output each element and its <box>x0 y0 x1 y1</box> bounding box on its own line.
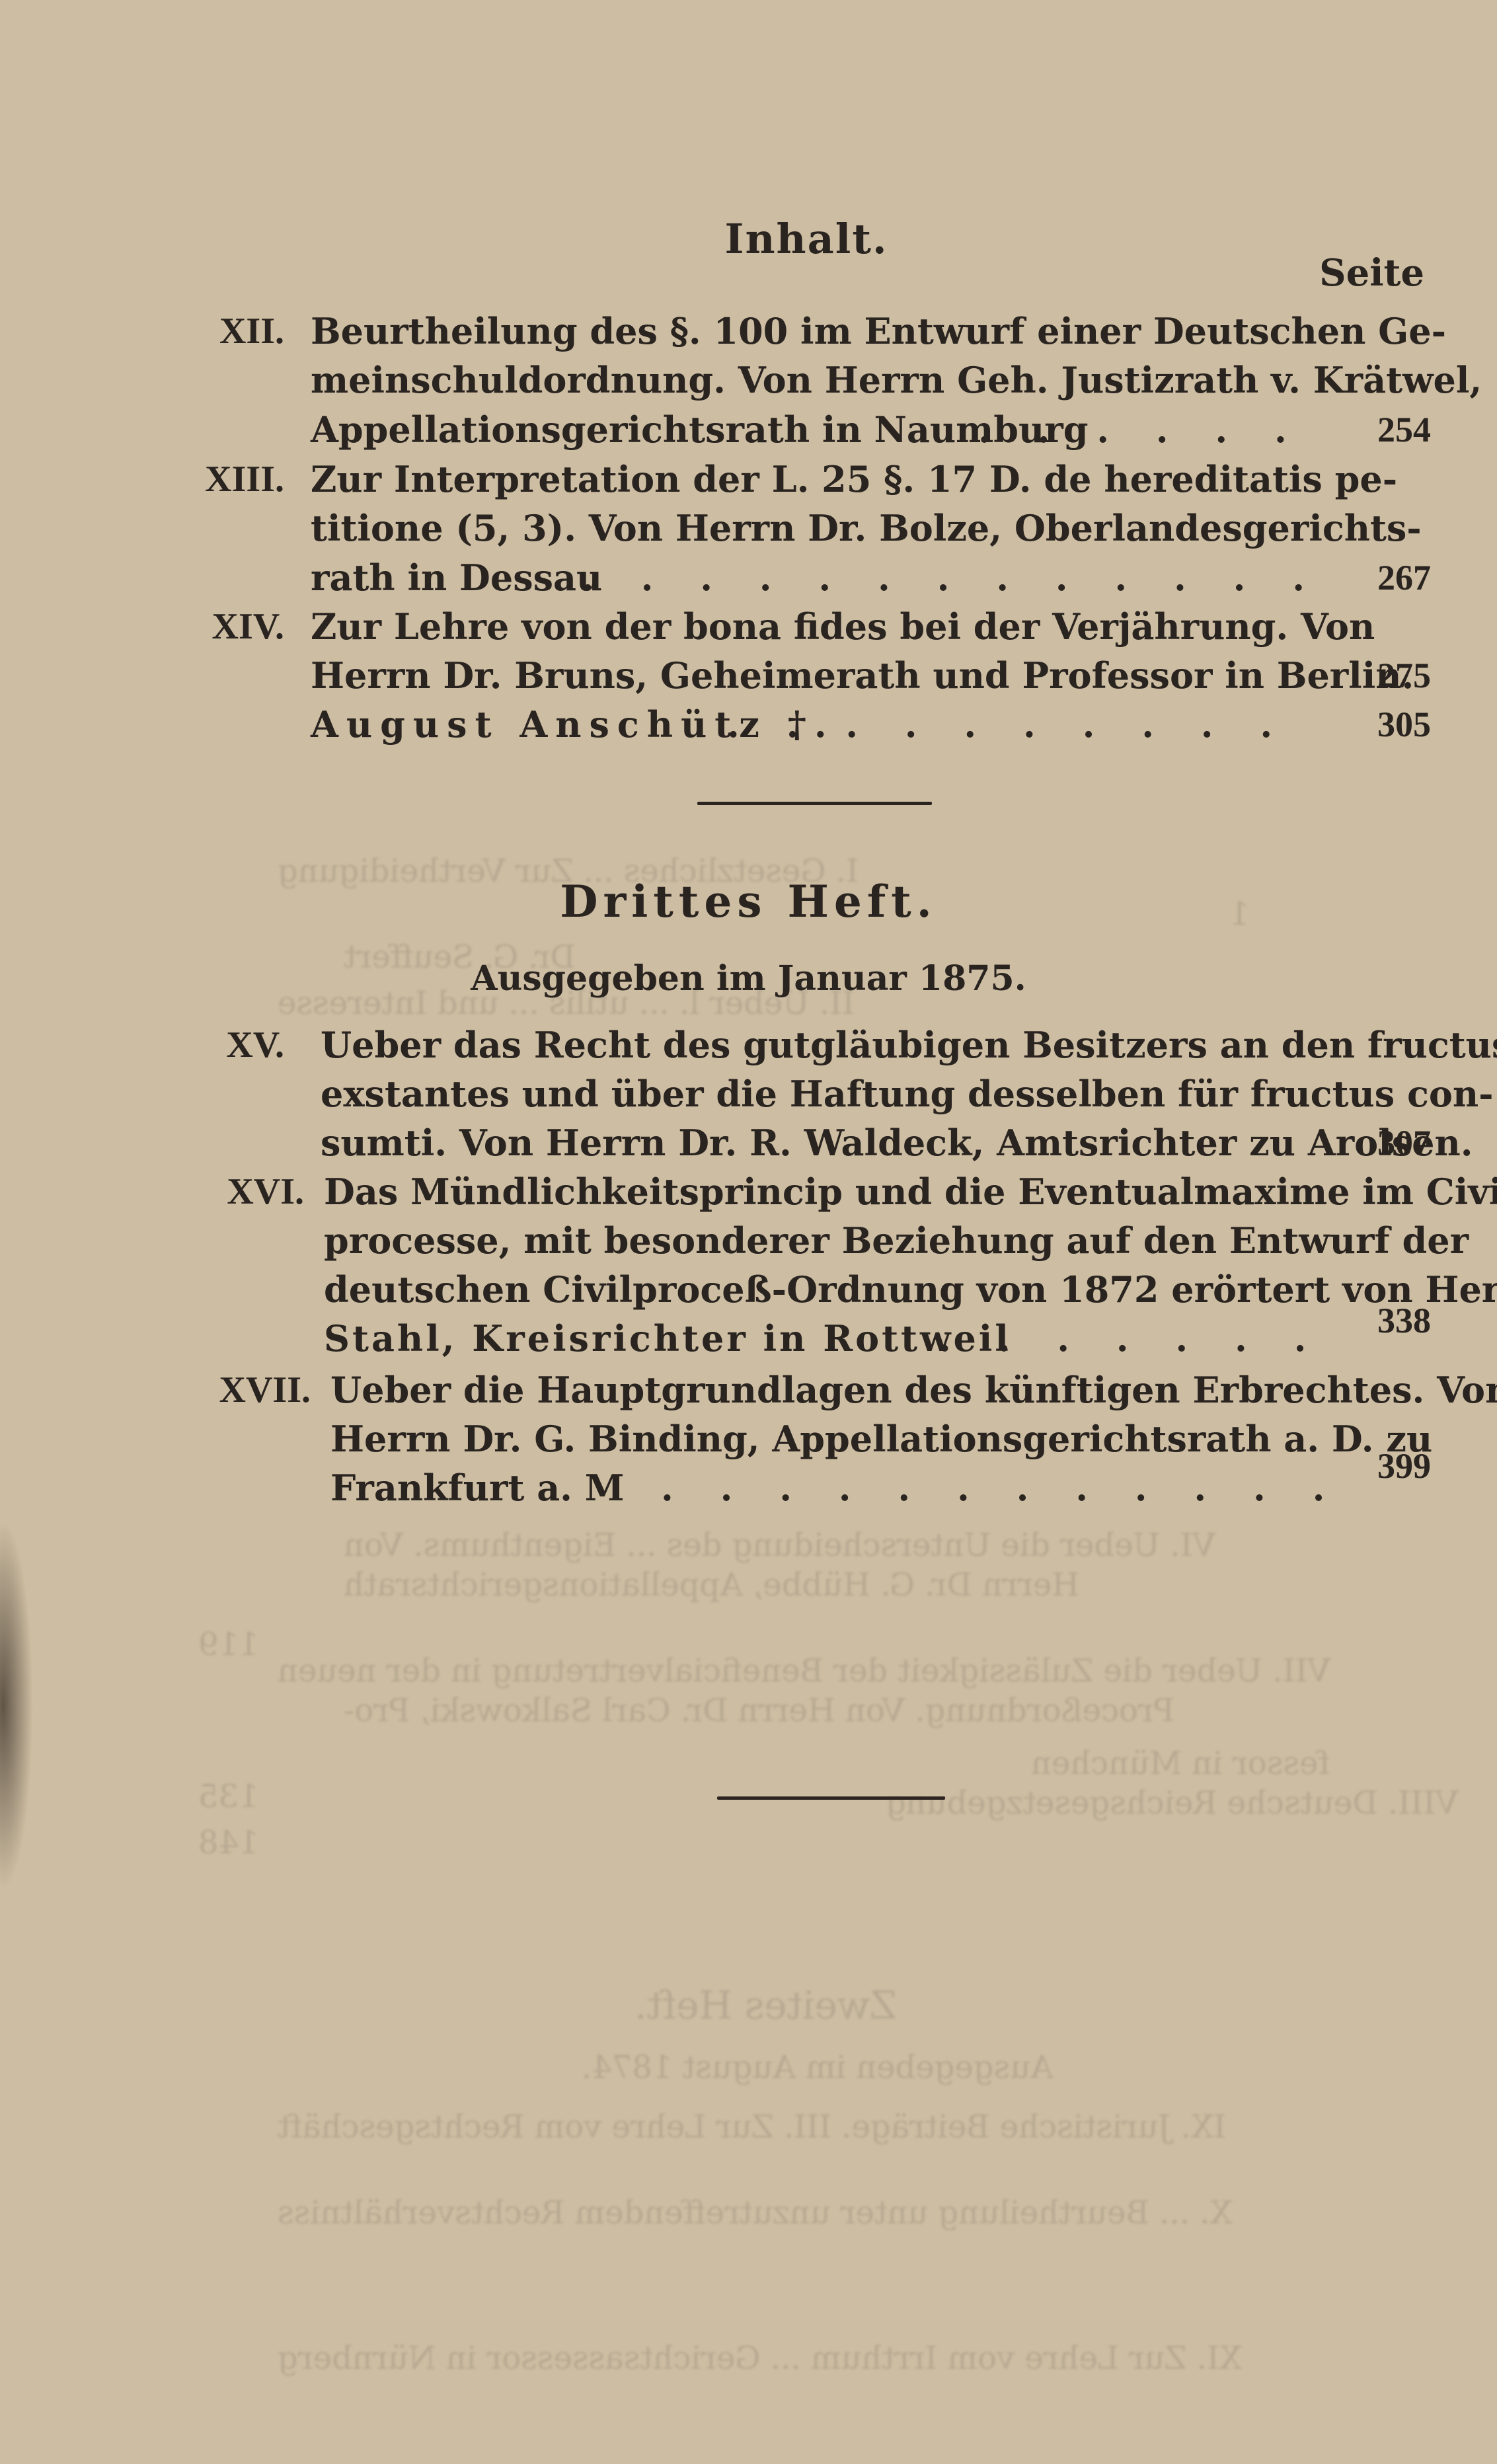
entry-page-number[interactable]: 254 <box>1338 404 1431 455</box>
section-divider <box>697 802 932 805</box>
bleed-through-text: Proceßordnung. Von Herrn Dr. Carl Salkow… <box>344 1692 1174 1729</box>
entry-title-line: Stahl, Kreisrichter in Rottweil <box>324 1313 1011 1364</box>
entry-title-line: Appellationsgerichtsrath in Naumburg <box>311 404 1088 455</box>
entry-title-line: exstantes und über die Haftung desselben… <box>321 1069 1494 1119</box>
entry-title-line: titione (5, 3). Von Herrn Dr. Bolze, Obe… <box>311 503 1422 553</box>
entry-title-line: deutschen Civilproceß-Ordnung von 1872 e… <box>324 1264 1497 1315</box>
entry-title-line: meinschuldordnung. Von Herrn Geh. Justiz… <box>311 355 1482 405</box>
bleed-through-text: VII. Ueber die Zulässigkeit der Benefici… <box>278 1652 1330 1689</box>
bleed-through-text: X. ... Beurtheilung unter unzutreffendem… <box>278 2194 1233 2231</box>
entry-title-line: Beurtheilung des §. 100 im Entwurf einer… <box>311 306 1446 356</box>
page-heading: Inhalt. <box>0 215 1497 263</box>
bleed-through-text: IX. Juristische Beiträge. III. Zur Lehre… <box>278 2108 1226 2145</box>
bleed-through-text: fessor in München <box>1031 1745 1330 1782</box>
entry-page-number[interactable]: 399 <box>1338 1441 1431 1491</box>
entry-page-number[interactable]: 267 <box>1338 553 1431 603</box>
entry-page-number[interactable]: 275 <box>1338 650 1431 701</box>
bleed-through-page-number: 148 <box>198 1824 259 1861</box>
entry-title-line: Herrn Dr. Bruns, Geheimerath und Profess… <box>311 650 1414 701</box>
entry-title-line: sumti. Von Herrn Dr. R. Waldeck, Amtsric… <box>321 1118 1473 1168</box>
entry-numeral: XV. <box>152 1020 284 1070</box>
entry-page-number[interactable]: 307 <box>1338 1118 1431 1168</box>
bleed-through-text: Zweites Heft. <box>634 1983 897 2028</box>
entry-title-line: processe, mit besonderer Beziehung auf d… <box>324 1215 1469 1266</box>
entry-numeral: XII. <box>152 306 284 356</box>
bleed-through-page-number: 135 <box>198 1778 259 1815</box>
page-edge-shadow <box>0 1520 33 1890</box>
entry-page-number[interactable]: 305 <box>1338 699 1431 750</box>
bleed-through-page-number: 119 <box>198 1626 259 1663</box>
entry-title-line: Ueber das Recht des gutgläubigen Besitze… <box>321 1020 1497 1070</box>
entry-title-line: Zur Lehre von der bona fides bei der Ver… <box>311 601 1375 652</box>
entry-numeral: XVII. <box>178 1365 311 1415</box>
entry-title-line: rath in Dessau <box>311 553 602 603</box>
bleed-through-text: Ausgegeben im August 1874. <box>582 2049 1054 2086</box>
page-column-label: Seite <box>1319 251 1424 295</box>
entry-title-line: Herrn Dr. G. Binding, Appellationsgerich… <box>330 1414 1432 1464</box>
leader-dots: . . . . . . . . . . . . . . . . . . . . <box>661 1463 1328 1513</box>
leader-dots: . . . . . . . . . . . . <box>939 1313 1335 1364</box>
entry-numeral: XIV. <box>152 601 284 652</box>
bleed-through-text: VI. Ueber die Unterscheidung des ... Eig… <box>344 1527 1215 1564</box>
leader-dots: . . . . . . . . . . . . <box>978 404 1322 455</box>
entry-title-line: Das Mündlichkeitsprincip und die Eventua… <box>324 1167 1497 1217</box>
bleed-through-text: XI. Zur Lehre vom Irrthum ... Gerichtsas… <box>278 2340 1242 2377</box>
entry-numeral: XVI. <box>172 1167 304 1217</box>
entry-page-number[interactable]: 338 <box>1338 1295 1431 1346</box>
bleed-through-text: Herrn Dr. G. Hübbe, Appellationsgerichts… <box>344 1566 1079 1603</box>
bleed-through-text: VIII. Deutsche Reichsgesetzgebung <box>886 1785 1459 1822</box>
leader-dots: . . . . . . . . . . . . . . . . . . . . … <box>582 553 1322 603</box>
section-subheading: Ausgegeben im Januar 1875. <box>0 958 1497 999</box>
section-heading: Drittes Heft. <box>0 876 1497 927</box>
section-divider <box>717 1796 945 1800</box>
leader-dots: . . . . . . . . . . . . . . . . . . <box>727 699 1322 750</box>
entry-title-line: Frankfurt a. M <box>330 1463 625 1513</box>
entry-numeral: XIII. <box>152 454 284 504</box>
entry-title-line: Zur Interpretation der L. 25 §. 17 D. de… <box>311 454 1397 504</box>
book-page: I. Gesetzliches ... Zur Vertheidigung Dr… <box>0 0 1497 2464</box>
entry-title-line: Ueber die Hauptgrundlagen des künftigen … <box>330 1365 1497 1415</box>
